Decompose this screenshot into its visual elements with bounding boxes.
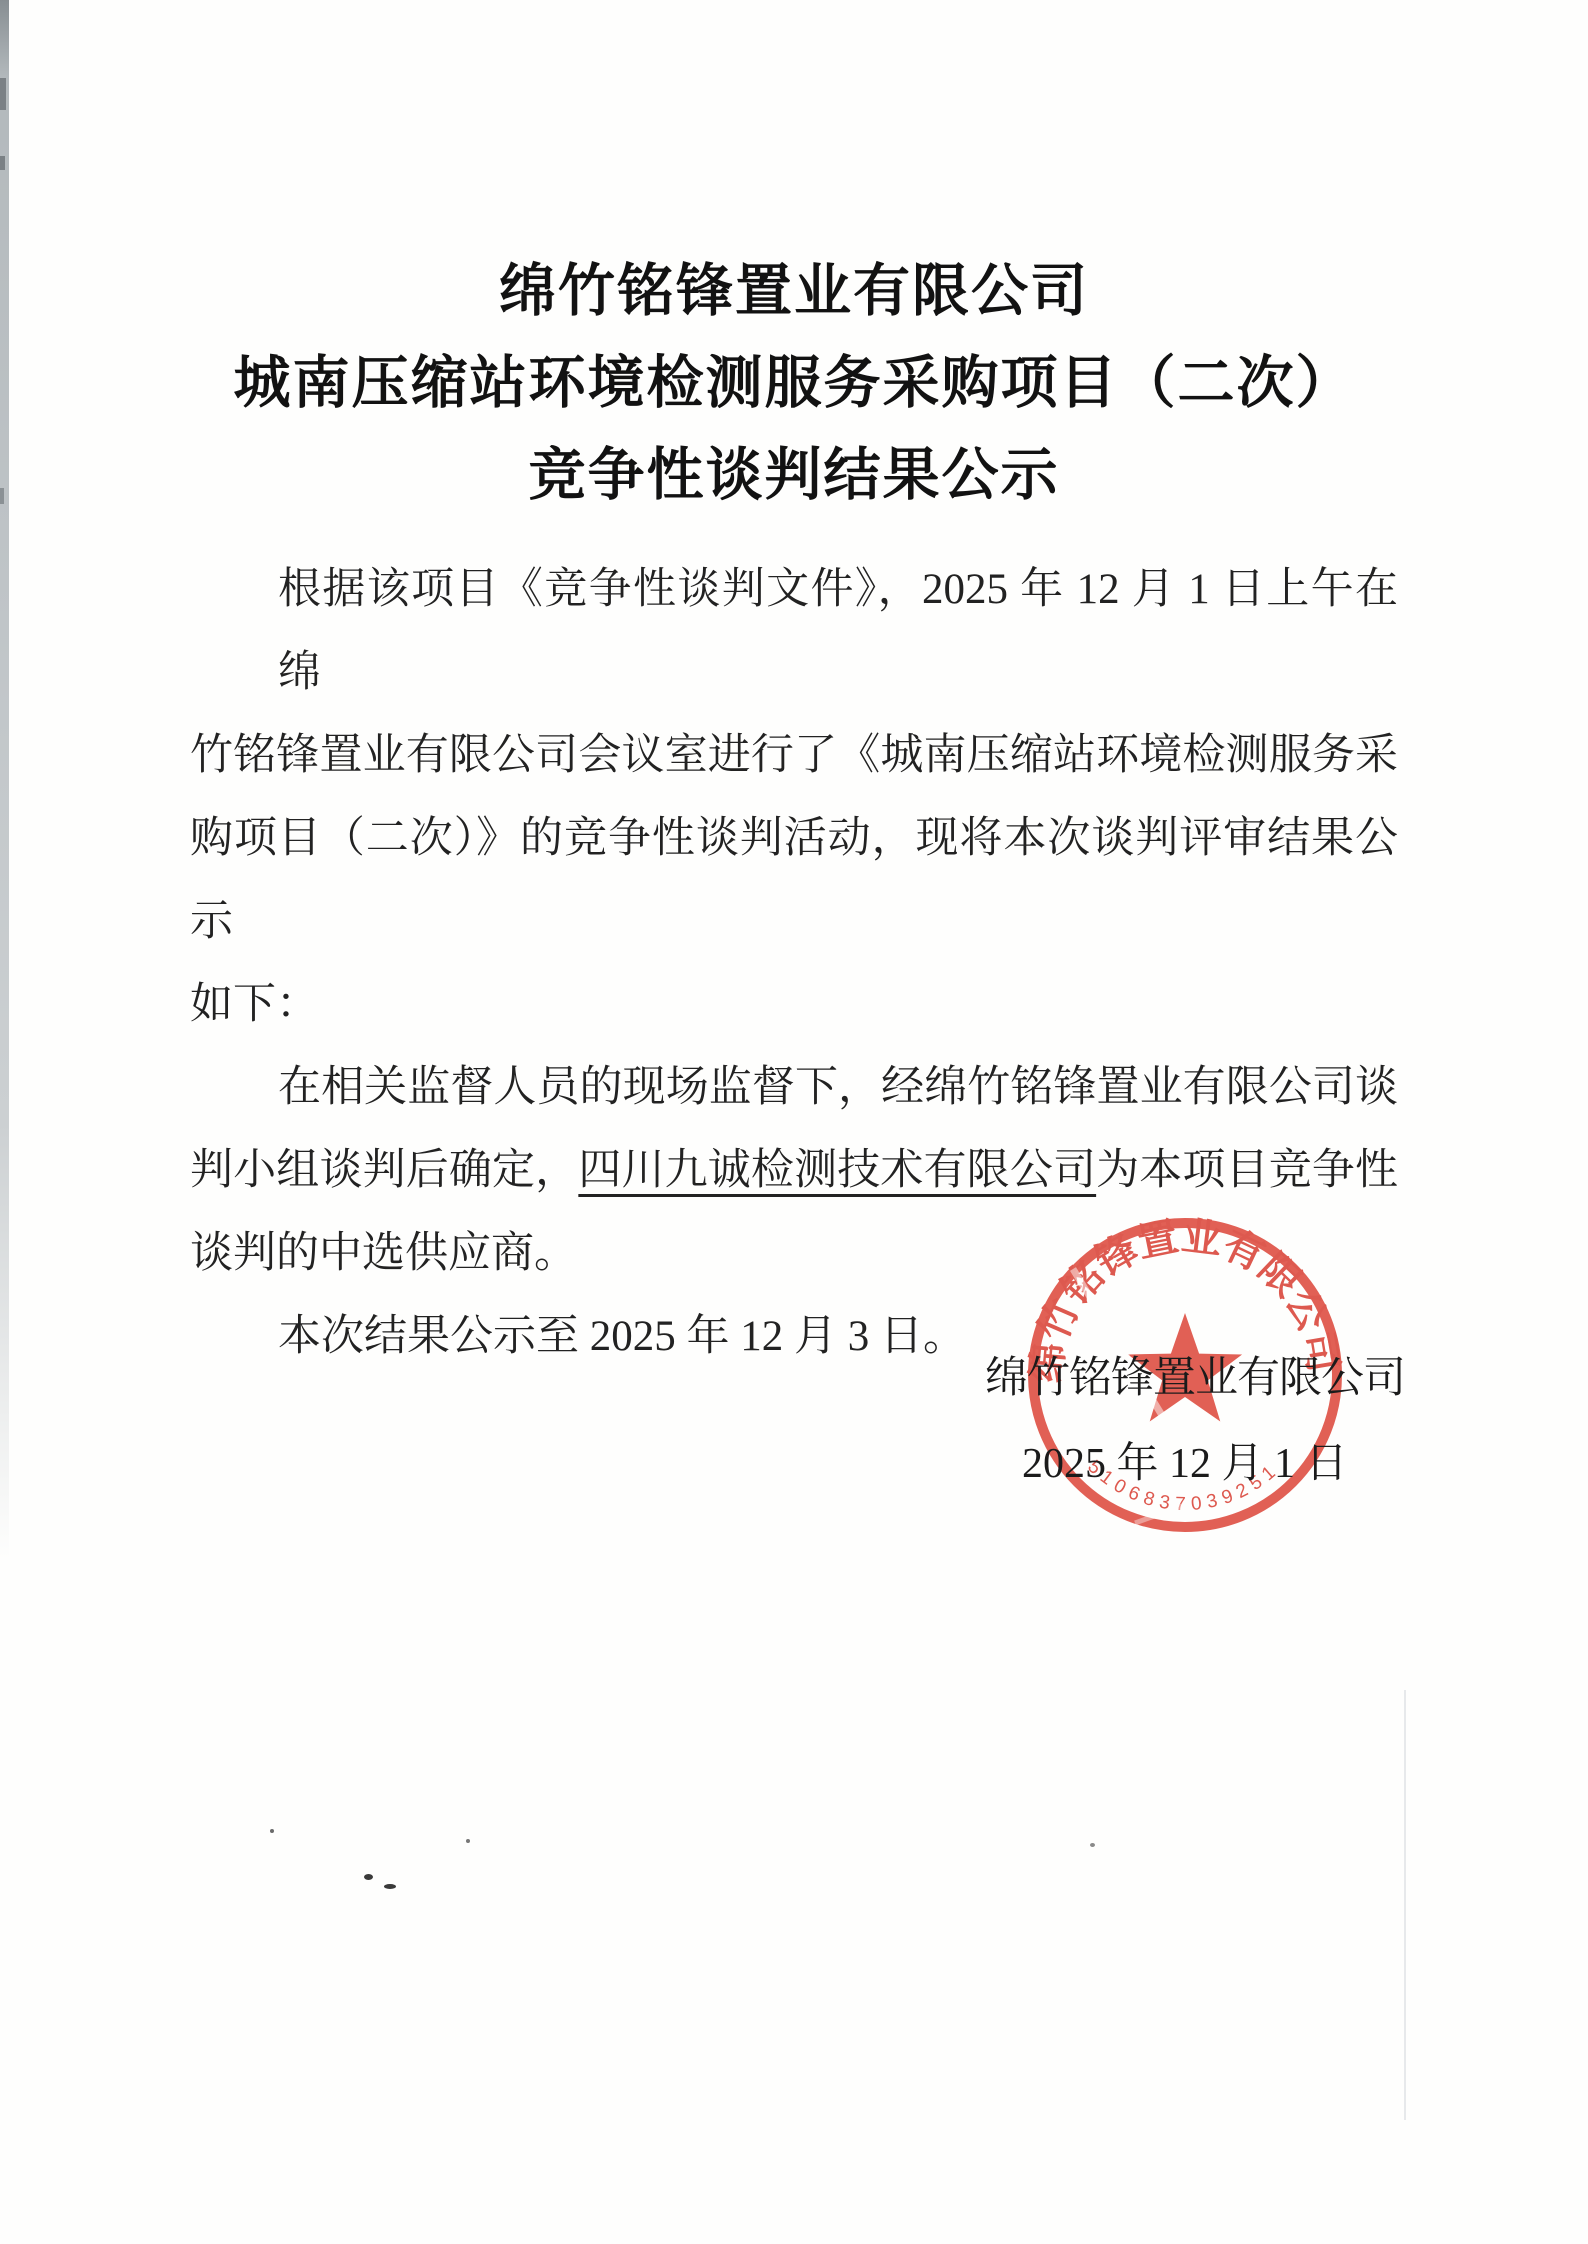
body-line: 根据该项目《竞争性谈判文件》，2025 年 12 月 1 日上午在绵 — [190, 548, 1398, 714]
scan-streak-artifact — [1404, 1690, 1406, 2120]
document-title: 绵竹铭锋置业有限公司 城南压缩站环境检测服务采购项目（二次） 竞争性谈判结果公示 — [0, 246, 1588, 522]
body-text-segment: 判小组谈判后确定， — [190, 1147, 578, 1194]
scan-edge-mark — [0, 78, 6, 110]
signature-company: 绵竹铭锋置业有限公司 — [985, 1344, 1405, 1405]
scanned-document-page: 绵竹铭锋置业有限公司 城南压缩站环境检测服务采购项目（二次） 竞争性谈判结果公示… — [0, 0, 1588, 2244]
scan-speck — [1090, 1843, 1095, 1847]
scan-speck — [270, 1829, 274, 1833]
winning-supplier-name: 四川九诚检测技术有限公司 — [578, 1147, 1096, 1194]
scan-speck — [384, 1884, 396, 1889]
body-line-with-supplier: 判小组谈判后确定，四川九诚检测技术有限公司为本项目竞争性 — [190, 1129, 1398, 1212]
title-line-result: 竞争性谈判结果公示 — [0, 430, 1588, 522]
scan-speck — [466, 1839, 470, 1843]
scan-speck — [364, 1874, 373, 1880]
signature-date: 2025 年 12 月 1 日 — [1022, 1430, 1348, 1490]
body-line: 如下： — [190, 963, 1398, 1046]
title-line-company: 绵竹铭锋置业有限公司 — [0, 246, 1588, 338]
title-line-project: 城南压缩站环境检测服务采购项目（二次） — [0, 338, 1588, 430]
scan-left-edge-artifact — [0, 0, 9, 1560]
body-line: 在相关监督人员的现场监督下，经绵竹铭锋置业有限公司谈 — [190, 1046, 1398, 1129]
body-text-segment: 为本项目竞争性 — [1096, 1147, 1398, 1194]
body-line: 购项目（二次）》的竞争性谈判活动，现将本次谈判评审结果公示 — [190, 797, 1398, 963]
scan-edge-mark — [0, 156, 5, 170]
body-line: 竹铭锋置业有限公司会议室进行了《城南压缩站环境检测服务采 — [190, 714, 1398, 797]
